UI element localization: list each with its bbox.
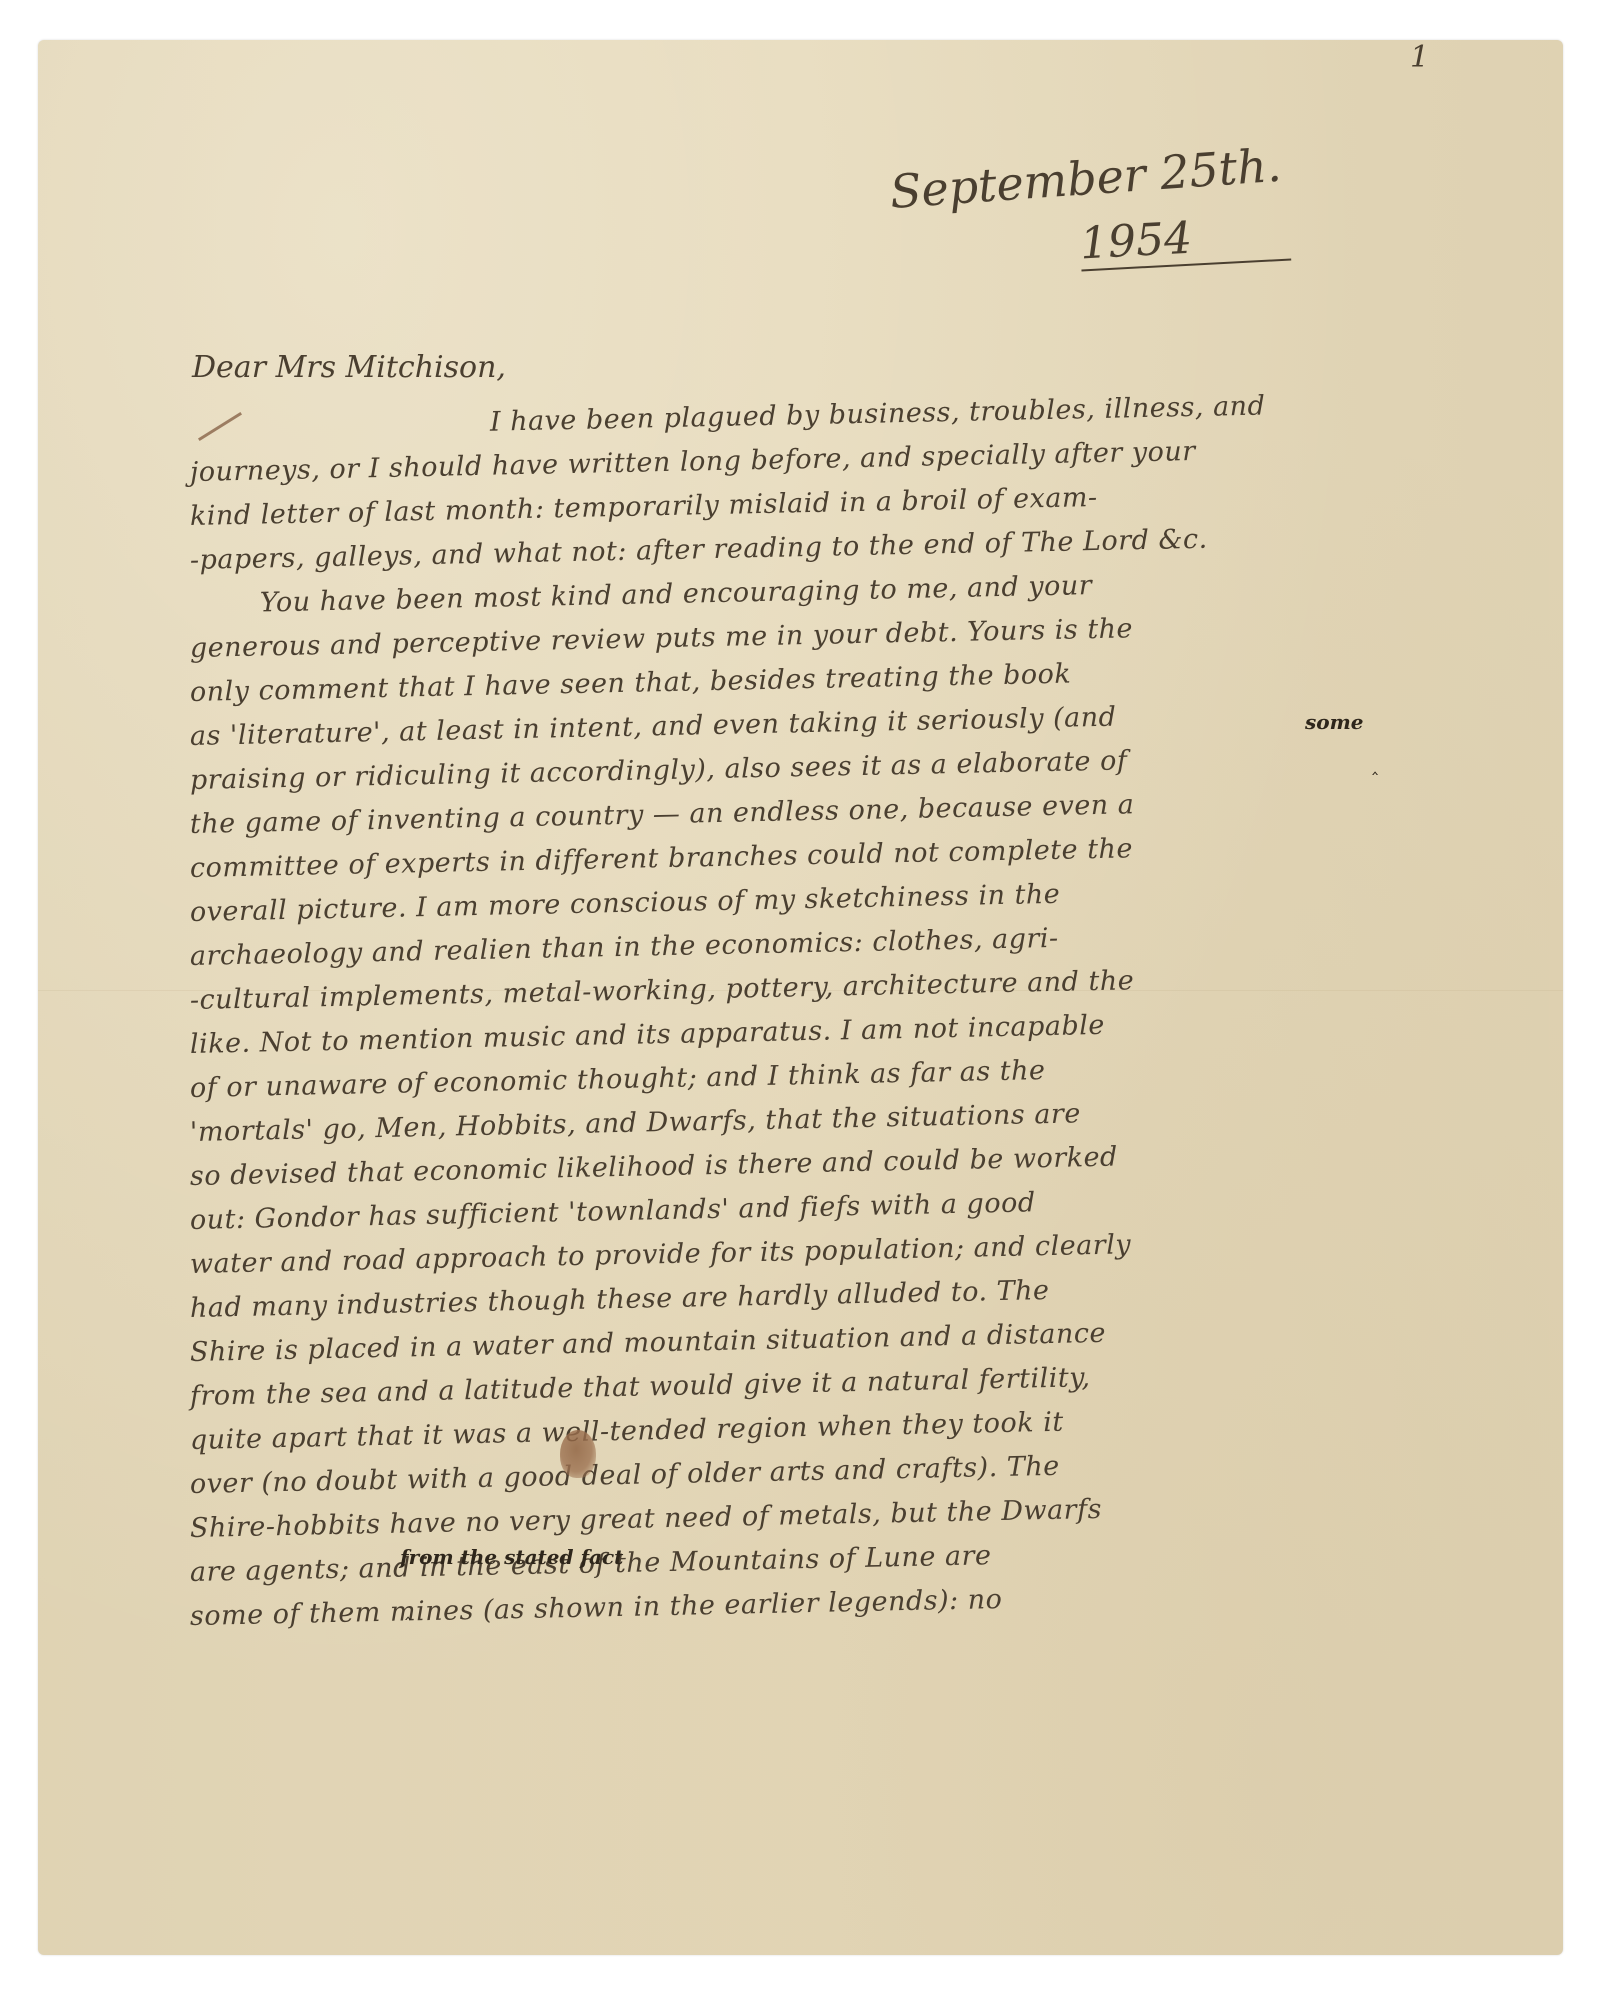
insertion-caret-icon: ‸ — [1372, 755, 1378, 776]
salutation: Dear Mrs Mitchison, — [192, 350, 506, 385]
letter-body: I have been plagued by business, trouble… — [190, 408, 1490, 1640]
insertion-some: some — [1305, 710, 1364, 734]
date-year: 1954 — [1079, 208, 1291, 272]
insertion-caret-icon: ‸ — [405, 1600, 411, 1621]
ink-stain — [560, 1430, 596, 1478]
insertion-from-the-stated-fact: from the stated fact — [400, 1545, 623, 1569]
page-number: 1 — [1410, 40, 1429, 75]
letter-date: September 25th. 1954 — [890, 165, 1290, 266]
